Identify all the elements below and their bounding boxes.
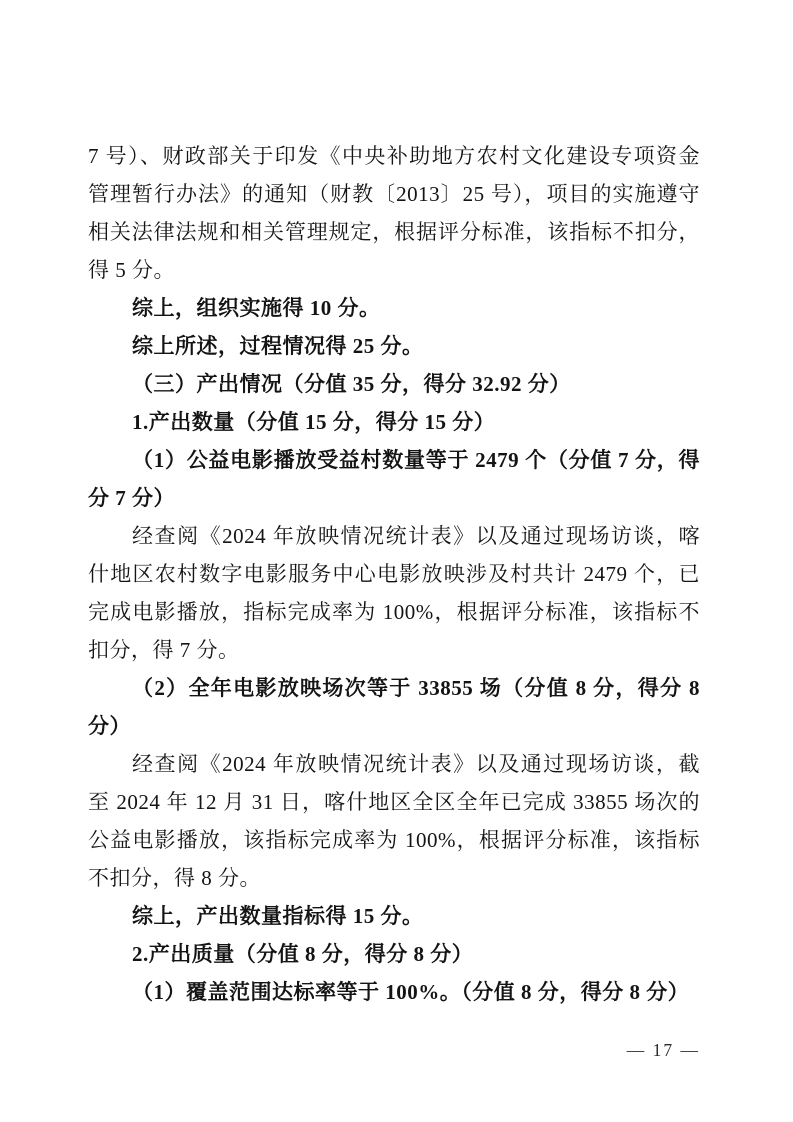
text-line: 相关法律法规和相关管理规定，根据评分标准，该指标不扣分， [88,213,700,251]
text-line: 管理暂行办法》的通知（财教〔2013〕25 号），项目的实施遵守 [88,175,700,213]
text-line: （1）覆盖范围达标率等于 100%。（分值 8 分，得分 8 分） [88,973,700,1011]
text-line: （1）公益电影播放受益村数量等于 2479 个（分值 7 分，得 [88,441,700,479]
text-line: 经查阅《2024 年放映情况统计表》以及通过现场访谈，截 [88,745,700,783]
text-line: 扣分，得 7 分。 [88,631,700,669]
text-line: （三）产出情况（分值 35 分，得分 32.92 分） [88,365,700,403]
text-line: 分 7 分） [88,479,700,517]
page-number: — 17 — [627,1040,700,1061]
text-line: 公益电影播放，该指标完成率为 100%，根据评分标准，该指标 [88,821,700,859]
text-line: 完成电影播放，指标完成率为 100%，根据评分标准，该指标不 [88,593,700,631]
text-line: 得 5 分。 [88,251,700,289]
text-line: 什地区农村数字电影服务中心电影放映涉及村共计 2479 个，已 [88,555,700,593]
text-line: （2）全年电影放映场次等于 33855 场（分值 8 分，得分 8 [88,669,700,707]
text-line: 至 2024 年 12 月 31 日，喀什地区全区全年已完成 33855 场次的 [88,783,700,821]
text-line: 综上，产出数量指标得 15 分。 [88,897,700,935]
text-line: 1.产出数量（分值 15 分，得分 15 分） [88,403,700,441]
text-line: 分） [88,707,700,745]
text-line: 2.产出质量（分值 8 分，得分 8 分） [88,935,700,973]
text-line: 综上，组织实施得 10 分。 [88,289,700,327]
text-line: 7 号）、财政部关于印发《中央补助地方农村文化建设专项资金 [88,137,700,175]
document-body: 7 号）、财政部关于印发《中央补助地方农村文化建设专项资金管理暂行办法》的通知（… [88,137,700,1011]
text-line: 不扣分，得 8 分。 [88,859,700,897]
document-page: 7 号）、财政部关于印发《中央补助地方农村文化建设专项资金管理暂行办法》的通知（… [0,0,793,1122]
text-line: 综上所述，过程情况得 25 分。 [88,327,700,365]
text-line: 经查阅《2024 年放映情况统计表》以及通过现场访谈，喀 [88,517,700,555]
